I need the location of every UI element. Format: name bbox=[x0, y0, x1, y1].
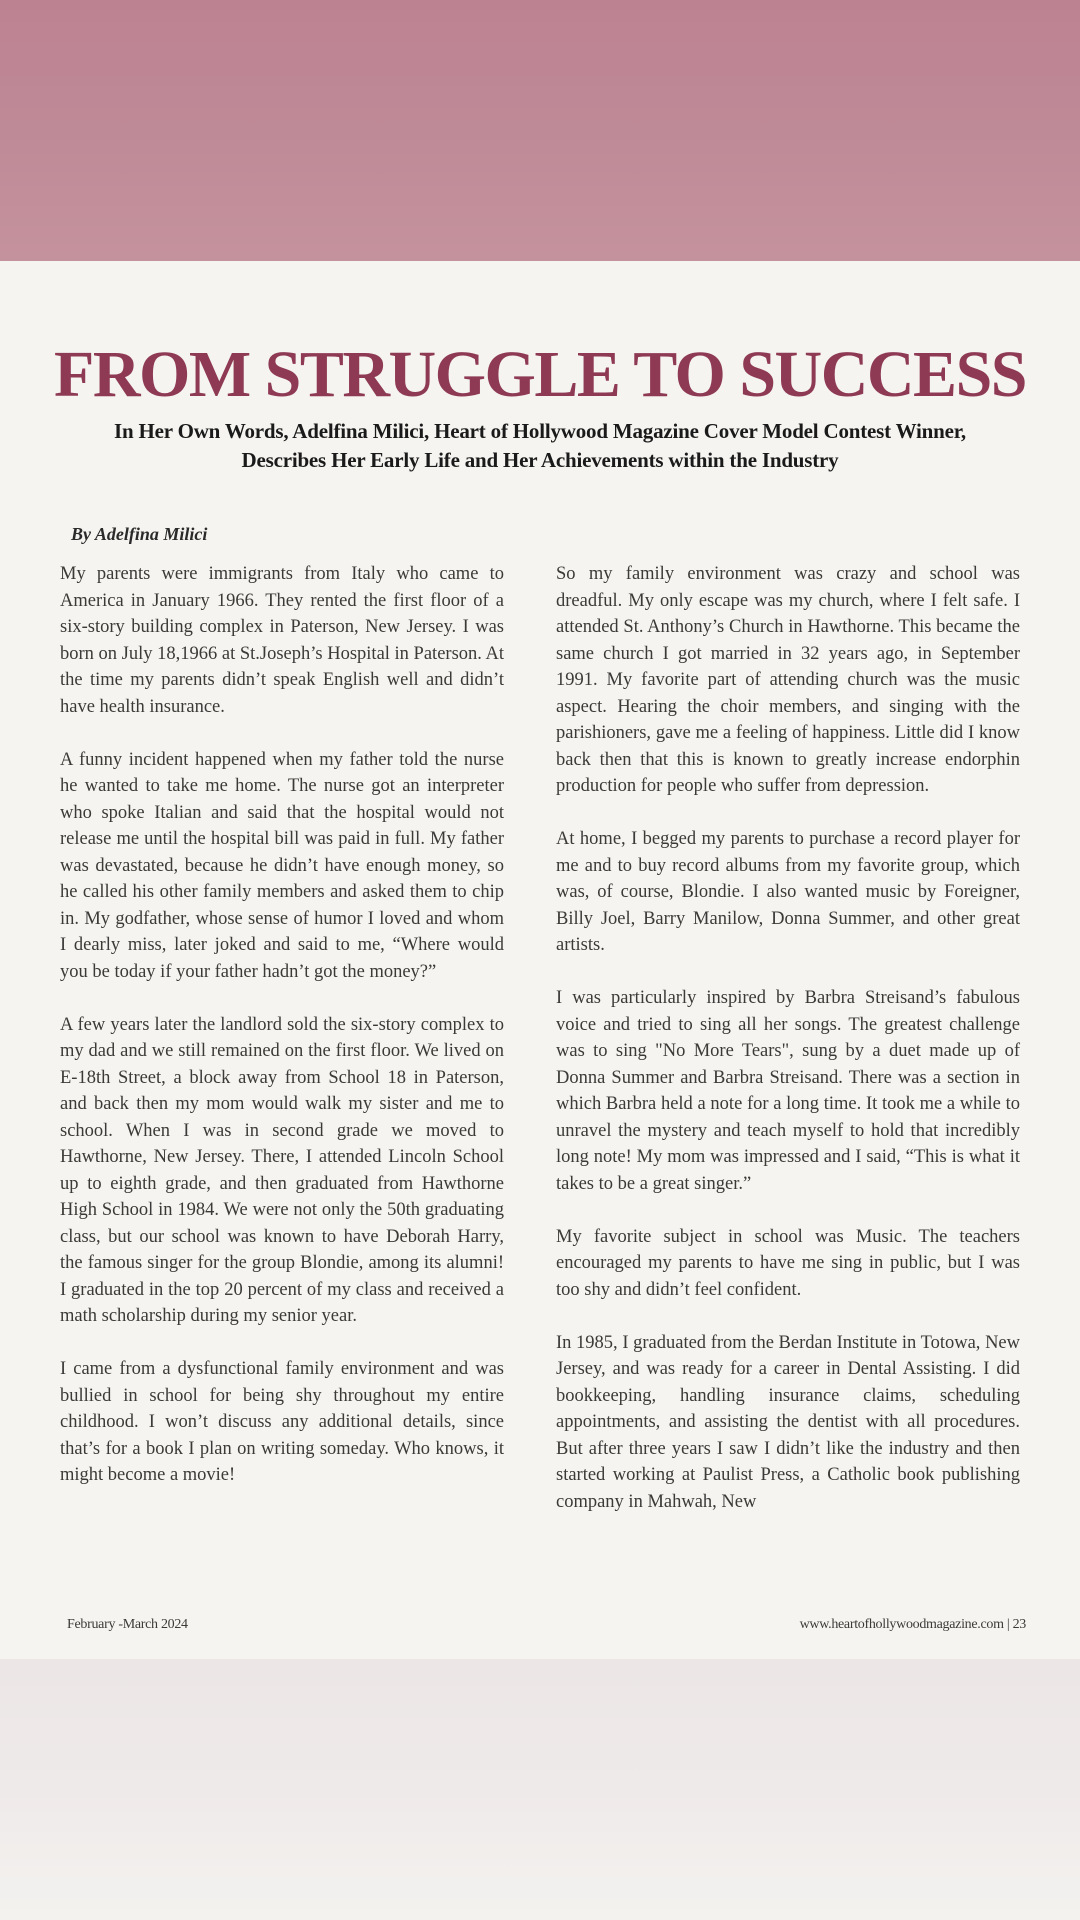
paragraph: A few years later the landlord sold the … bbox=[60, 1012, 504, 1330]
left-column: My parents were immigrants from Italy wh… bbox=[60, 561, 504, 1489]
subtitle-line-1: In Her Own Words, Adelfina Milici, Heart… bbox=[60, 417, 1020, 446]
subtitle-line-2: Describes Her Early Life and Her Achieve… bbox=[60, 446, 1020, 475]
paragraph: I was particularly inspired by Barbra St… bbox=[556, 985, 1020, 1197]
paragraph: At home, I begged my parents to purchase… bbox=[556, 826, 1020, 959]
footer-website-page-number: www.heartofhollywoodmagazine.com | 23 bbox=[800, 1617, 1026, 1633]
paragraph: So my family environment was crazy and s… bbox=[556, 561, 1020, 800]
bottom-decorative-band bbox=[0, 1659, 1080, 1920]
footer-issue-date: February -March 2024 bbox=[67, 1617, 188, 1633]
author-byline: By Adelfina Milici bbox=[71, 524, 207, 545]
magazine-page: FROM STRUGGLE TO SUCCESS In Her Own Word… bbox=[0, 261, 1080, 1659]
paragraph: A funny incident happened when my father… bbox=[60, 747, 504, 986]
paragraph: My parents were immigrants from Italy wh… bbox=[60, 561, 504, 720]
article-title: FROM STRUGGLE TO SUCCESS bbox=[0, 337, 1080, 413]
article-subtitle: In Her Own Words, Adelfina Milici, Heart… bbox=[60, 417, 1020, 475]
right-column: So my family environment was crazy and s… bbox=[556, 561, 1020, 1515]
paragraph: I came from a dysfunctional family envir… bbox=[60, 1356, 504, 1489]
paragraph: My favorite subject in school was Music.… bbox=[556, 1224, 1020, 1304]
paragraph: In 1985, I graduated from the Berdan Ins… bbox=[556, 1330, 1020, 1516]
top-decorative-band bbox=[0, 0, 1080, 261]
